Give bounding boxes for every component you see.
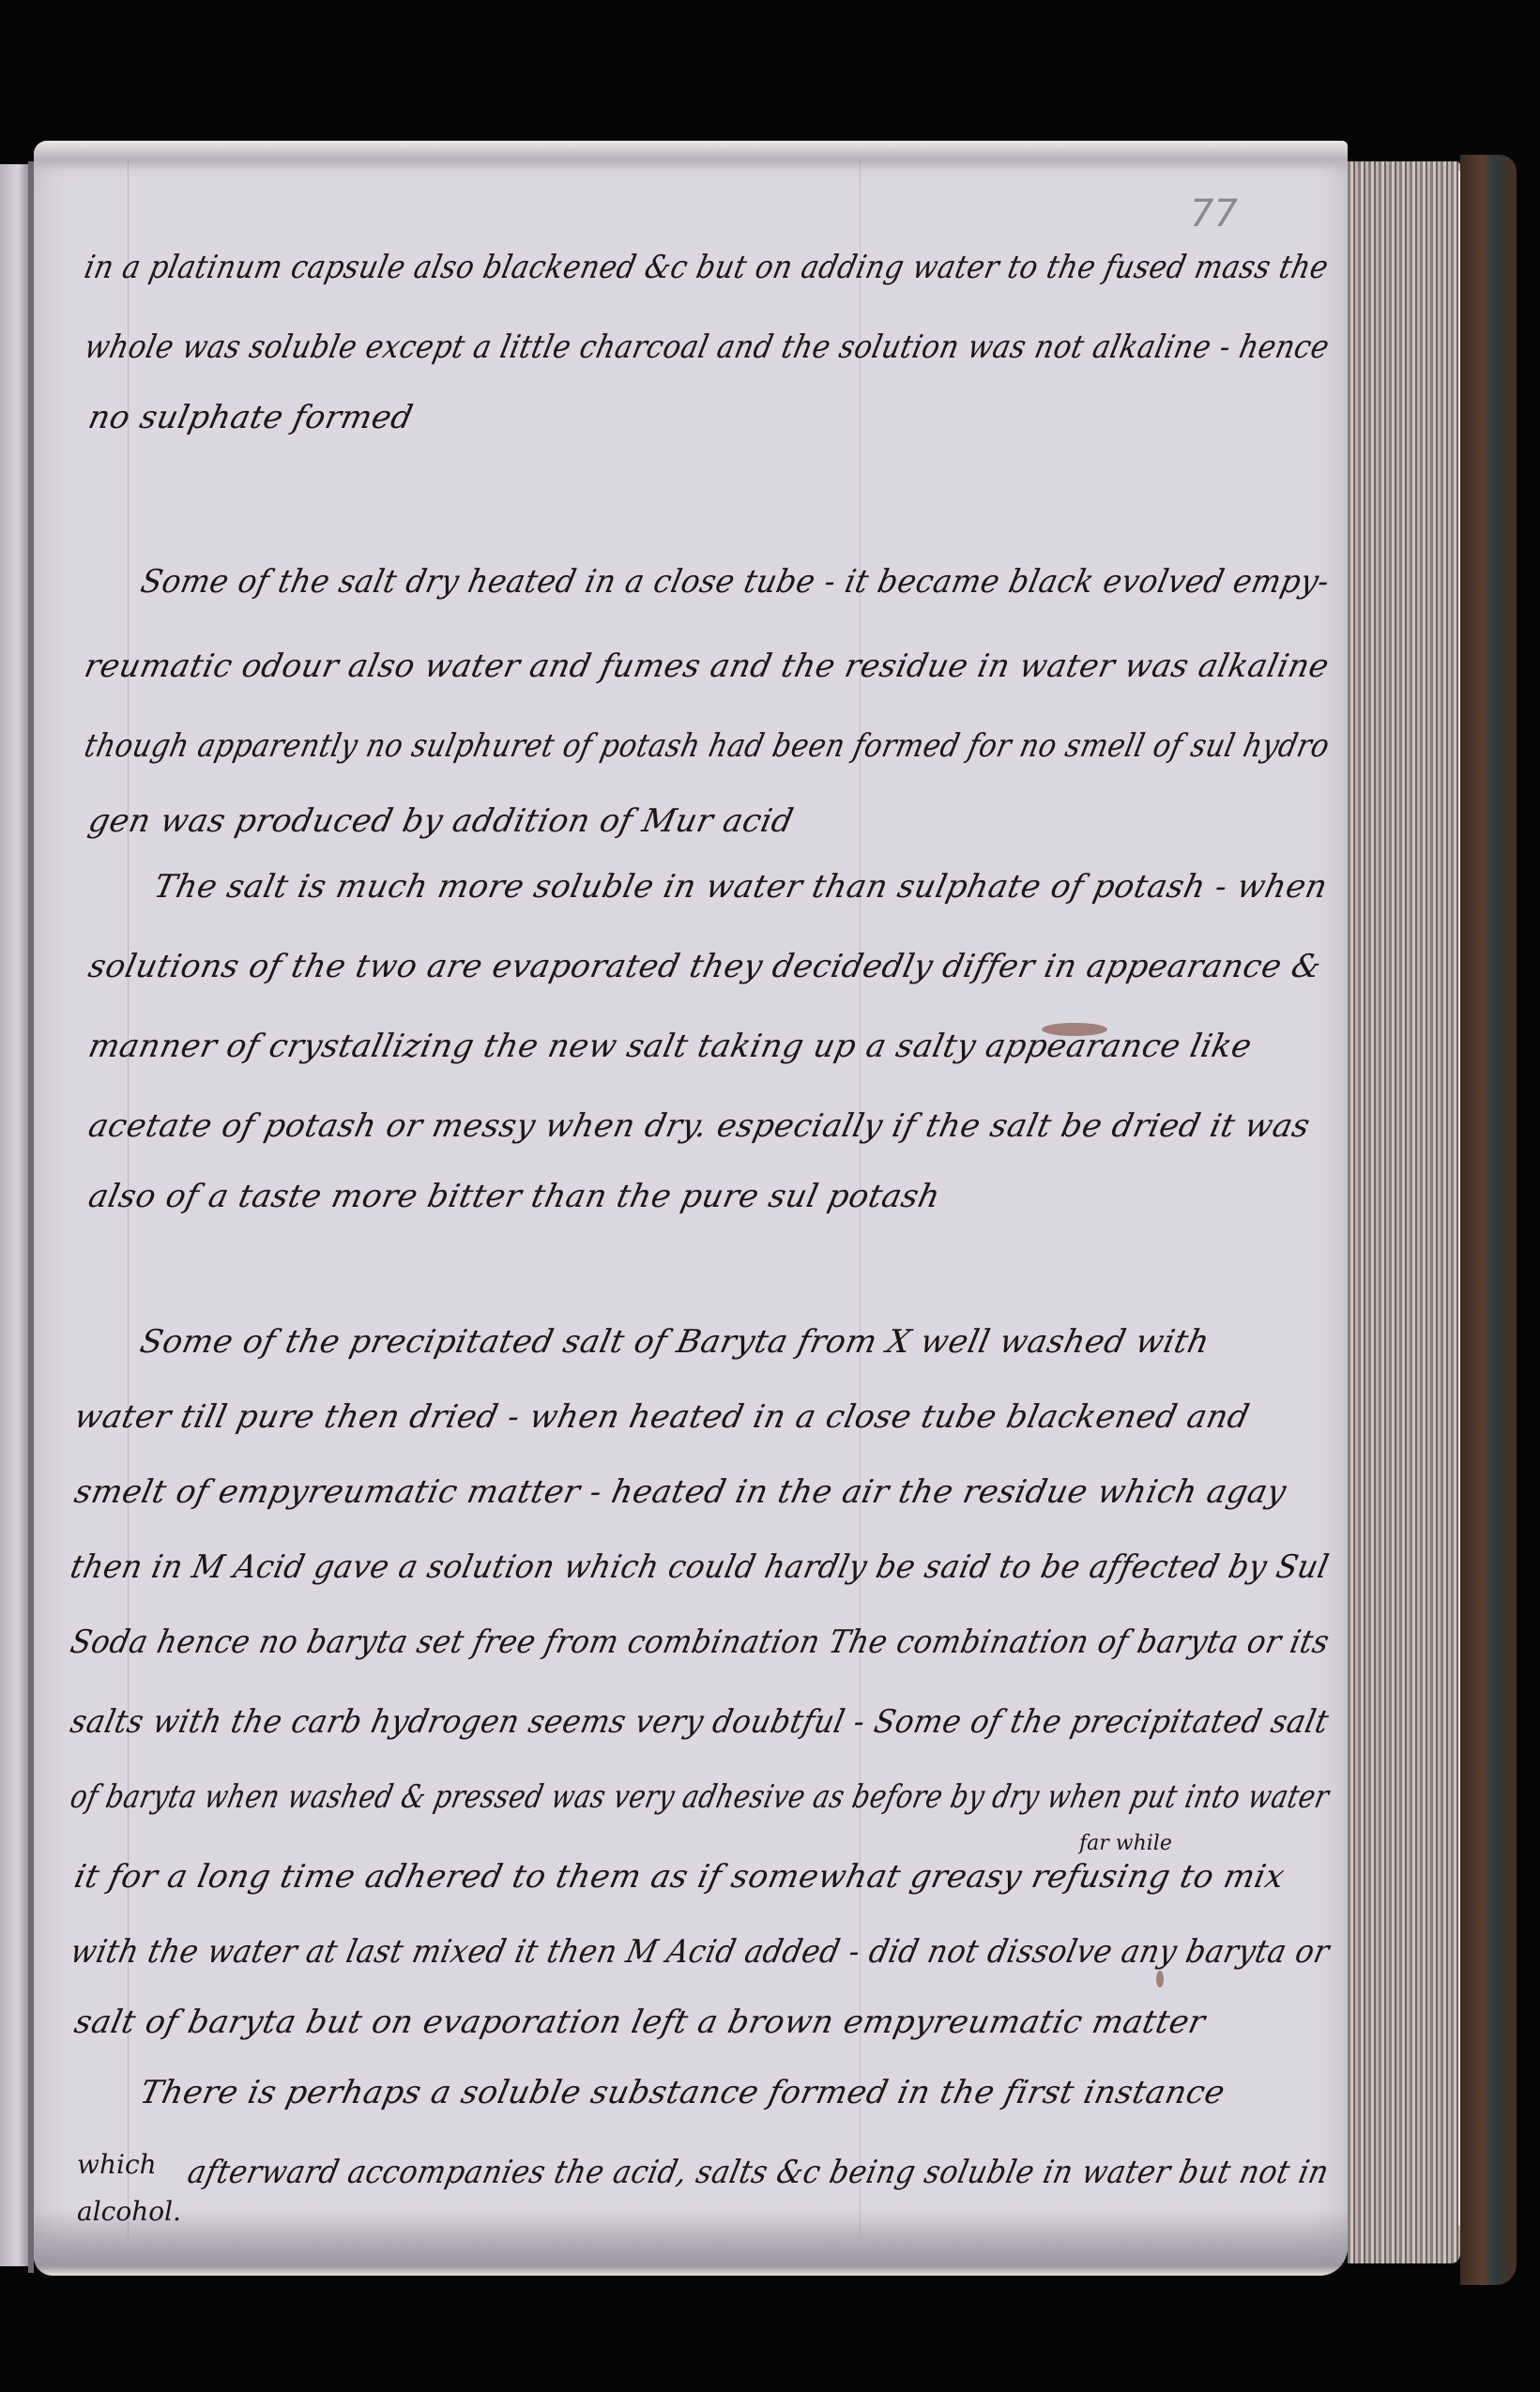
text-line: in a platinum capsule also blackened &c … [81, 249, 1332, 286]
text-line: afterward accompanies the acid, salts &c… [184, 2154, 1332, 2191]
text-line: salt of baryta but on evaporation left a… [71, 2003, 1209, 2041]
text-line: whole was soluble except a little charco… [81, 328, 1333, 366]
interlinear-insertion: far while [1079, 1832, 1172, 1855]
text-line: gen was produced by addition of Mur acid [85, 802, 797, 840]
text-line: Some of the precipitated salt of Baryta … [137, 1323, 1213, 1361]
ink-stain [1042, 1023, 1107, 1036]
text-line: Soda hence no baryta set free from combi… [67, 1623, 1333, 1661]
text-line: solutions of the two are evaporated they… [85, 948, 1325, 985]
text-line: smelt of empyreumatic matter - heated in… [71, 1473, 1290, 1511]
book-fore-edge [1348, 161, 1460, 2263]
margin-note: which [77, 2149, 157, 2180]
text-line: also of a taste more bitter than the pur… [85, 1178, 944, 1215]
text-line: water till pure then dried - when heated… [71, 1398, 1253, 1436]
text-line: The salt is much more soluble in water t… [151, 868, 1331, 906]
text-line: with the water at last mixed it then M A… [67, 1933, 1333, 1971]
margin-note: alcohol. [77, 2196, 181, 2227]
text-line: then in M Acid gave a solution which cou… [67, 1548, 1332, 1586]
text-line: There is perhaps a soluble substance for… [137, 2074, 1228, 2111]
text-line: Some of the salt dry heated in a close t… [137, 563, 1333, 601]
text-line: acetate of potash or messy when dry. esp… [85, 1107, 1314, 1145]
text-line: it for a long time adhered to them as if… [71, 1858, 1288, 1896]
text-line: of baryta when washed & pressed was very… [67, 1778, 1332, 1816]
ink-spot [1156, 1971, 1164, 1988]
text-line: reumatic odour also water and fumes and … [81, 648, 1332, 685]
text-line: salts with the carb hydrogen seems very … [67, 1703, 1332, 1741]
book-cover [1460, 155, 1517, 2285]
text-line: though apparently no sulphuret of potash… [81, 727, 1333, 765]
page-number: 77 [1190, 192, 1238, 236]
text-line: no sulphate formed [85, 399, 417, 436]
facing-page-edge [0, 164, 30, 2266]
